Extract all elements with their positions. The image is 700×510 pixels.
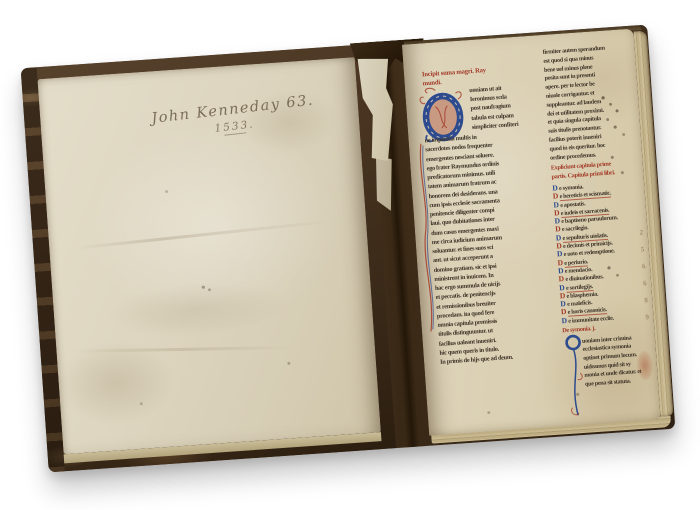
vellum-wrinkle	[75, 219, 341, 250]
chapter-list: De symonia.De hereticis et scismatic.De …	[552, 178, 650, 325]
left-page-vellum: John Kenneday 63. 1533.	[37, 57, 380, 454]
right-page-vellum: Incipit suma magri. Raymundi. uoniam ut …	[402, 29, 661, 436]
chapter-initial: D	[561, 316, 567, 325]
text-column-left-wrap: uoniam ut aitIeronimus scdapost naufragi…	[469, 81, 544, 132]
text-column-right: firmiter autem sperandumest quod si qua …	[543, 43, 655, 391]
ink-specks	[37, 79, 39, 81]
ink-specks	[402, 45, 404, 47]
owner-inscription: John Kenneday 63. 1533.	[118, 89, 350, 148]
manuscript-book: John Kenneday 63. 1533. Incipit suma mag…	[21, 25, 676, 473]
text-column-left: ne impericia multis insacerdotes nodos f…	[424, 128, 560, 367]
text-column-right-top: firmiter autem sperandumest quod si qua …	[543, 43, 639, 163]
vellum-wrinkle	[69, 346, 292, 353]
